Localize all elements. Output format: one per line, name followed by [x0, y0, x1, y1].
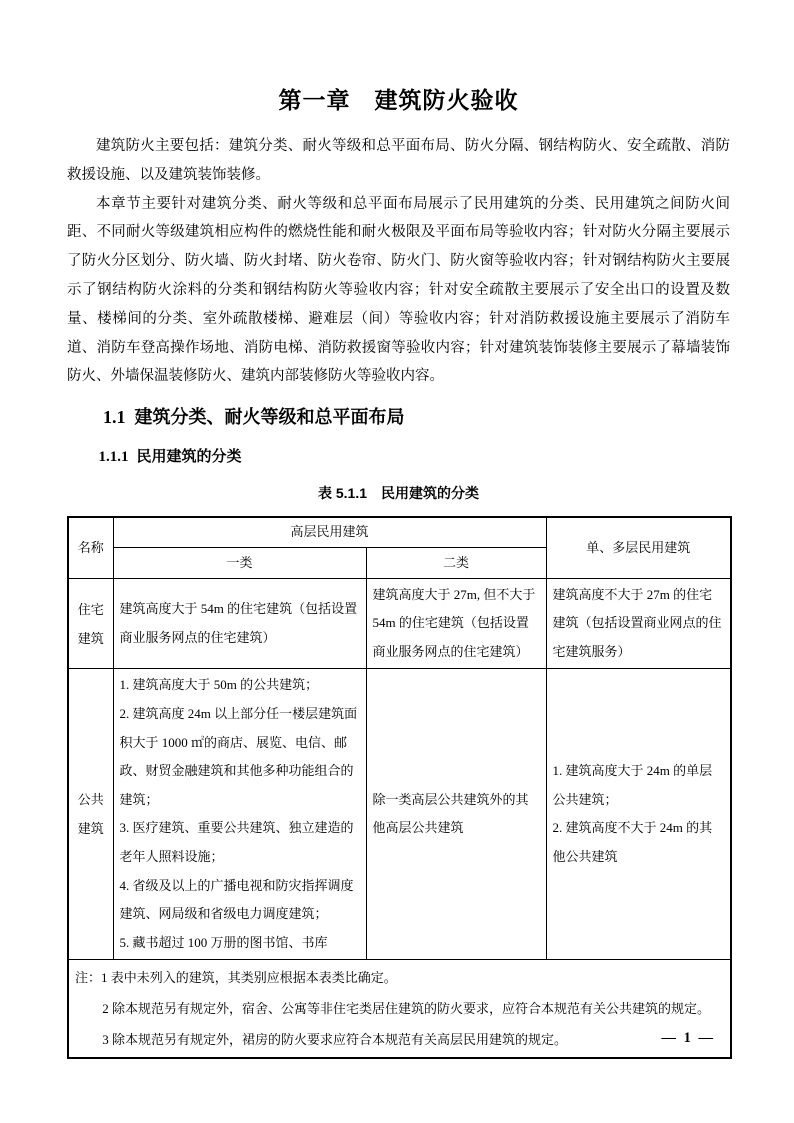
- col-header-class2: 二类: [366, 547, 546, 578]
- col-header-class1: 一类: [113, 547, 366, 578]
- table-note-3: 3 除本规范另有规定外，裙房的防火要求应符合本规范有关高层民用建筑的规定。: [75, 1024, 724, 1055]
- table-row-residential: 住宅 建筑 建筑高度大于 54m 的住宅建筑（包括设置商业服务网点的住宅建筑） …: [68, 578, 731, 669]
- table-caption: 表 5.1.1 民用建筑的分类: [67, 483, 730, 503]
- document-page: 第一章 建筑防火验收 建筑防火主要包括：建筑分类、耐火等级和总平面布局、防火分隔…: [0, 0, 794, 1123]
- table-header-row-1: 名称 高层民用建筑 单、多层民用建筑: [68, 517, 731, 547]
- intro-paragraph-2: 本章节主要针对建筑分类、耐火等级和总平面布局展示了民用建筑的分类、民用建筑之间防…: [67, 190, 730, 392]
- chapter-title: 第一章 建筑防火验收: [67, 84, 730, 116]
- section-heading: 1.1建筑分类、耐火等级和总平面布局: [67, 404, 730, 430]
- subsection-number: 1.1.1: [99, 449, 129, 465]
- table-row-public: 公共 建筑 1. 建筑高度大于 50m 的公共建筑； 2. 建筑高度 24m 以…: [68, 669, 731, 960]
- subsection-heading: 1.1.1民用建筑的分类: [67, 446, 730, 468]
- cell-public-class2: 除一类高层公共建筑外的其他高层公共建筑: [366, 669, 546, 960]
- cell-residential-single-multi: 建筑高度不大于 27m 的住宅建筑（包括设置商业网点的住宅建筑服务）: [546, 578, 731, 669]
- intro-paragraph-1: 建筑防火主要包括：建筑分类、耐火等级和总平面布局、防火分隔、钢结构防火、安全疏散…: [67, 132, 730, 190]
- section-title: 建筑分类、耐火等级和总平面布局: [135, 407, 405, 427]
- col-header-highrise: 高层民用建筑: [113, 517, 546, 547]
- section-number: 1.1: [103, 407, 126, 427]
- cell-residential-name: 住宅 建筑: [68, 578, 113, 669]
- page-number: — 1 —: [662, 1030, 716, 1047]
- col-header-single-multi: 单、多层民用建筑: [546, 517, 731, 578]
- building-classification-table: 名称 高层民用建筑 单、多层民用建筑 一类 二类 住宅 建筑 建筑高度大于 54…: [67, 516, 732, 1059]
- cell-public-name: 公共 建筑: [68, 669, 113, 960]
- col-header-name: 名称: [68, 517, 113, 578]
- cell-residential-class1: 建筑高度大于 54m 的住宅建筑（包括设置商业服务网点的住宅建筑）: [113, 578, 366, 669]
- table-note-1: 注：1 表中未列入的建筑，其类别应根据本表类比确定。: [75, 962, 724, 993]
- table-note-2: 2 除本规范另有规定外，宿舍、公寓等非住宅类居住建筑的防火要求，应符合本规范有关…: [75, 993, 724, 1024]
- table-notes-row: 注：1 表中未列入的建筑，其类别应根据本表类比确定。 2 除本规范另有规定外，宿…: [68, 960, 731, 1059]
- table-notes-cell: 注：1 表中未列入的建筑，其类别应根据本表类比确定。 2 除本规范另有规定外，宿…: [68, 960, 731, 1059]
- cell-residential-class2: 建筑高度大于 27m, 但不大于 54m 的住宅建筑（包括设置商业服务网点的住宅…: [366, 578, 546, 669]
- cell-public-class1: 1. 建筑高度大于 50m 的公共建筑； 2. 建筑高度 24m 以上部分任一楼…: [113, 669, 366, 960]
- subsection-title: 民用建筑的分类: [137, 448, 242, 465]
- cell-public-single-multi: 1. 建筑高度大于 24m 的单层公共建筑； 2. 建筑高度不大于 24m 的其…: [546, 669, 731, 960]
